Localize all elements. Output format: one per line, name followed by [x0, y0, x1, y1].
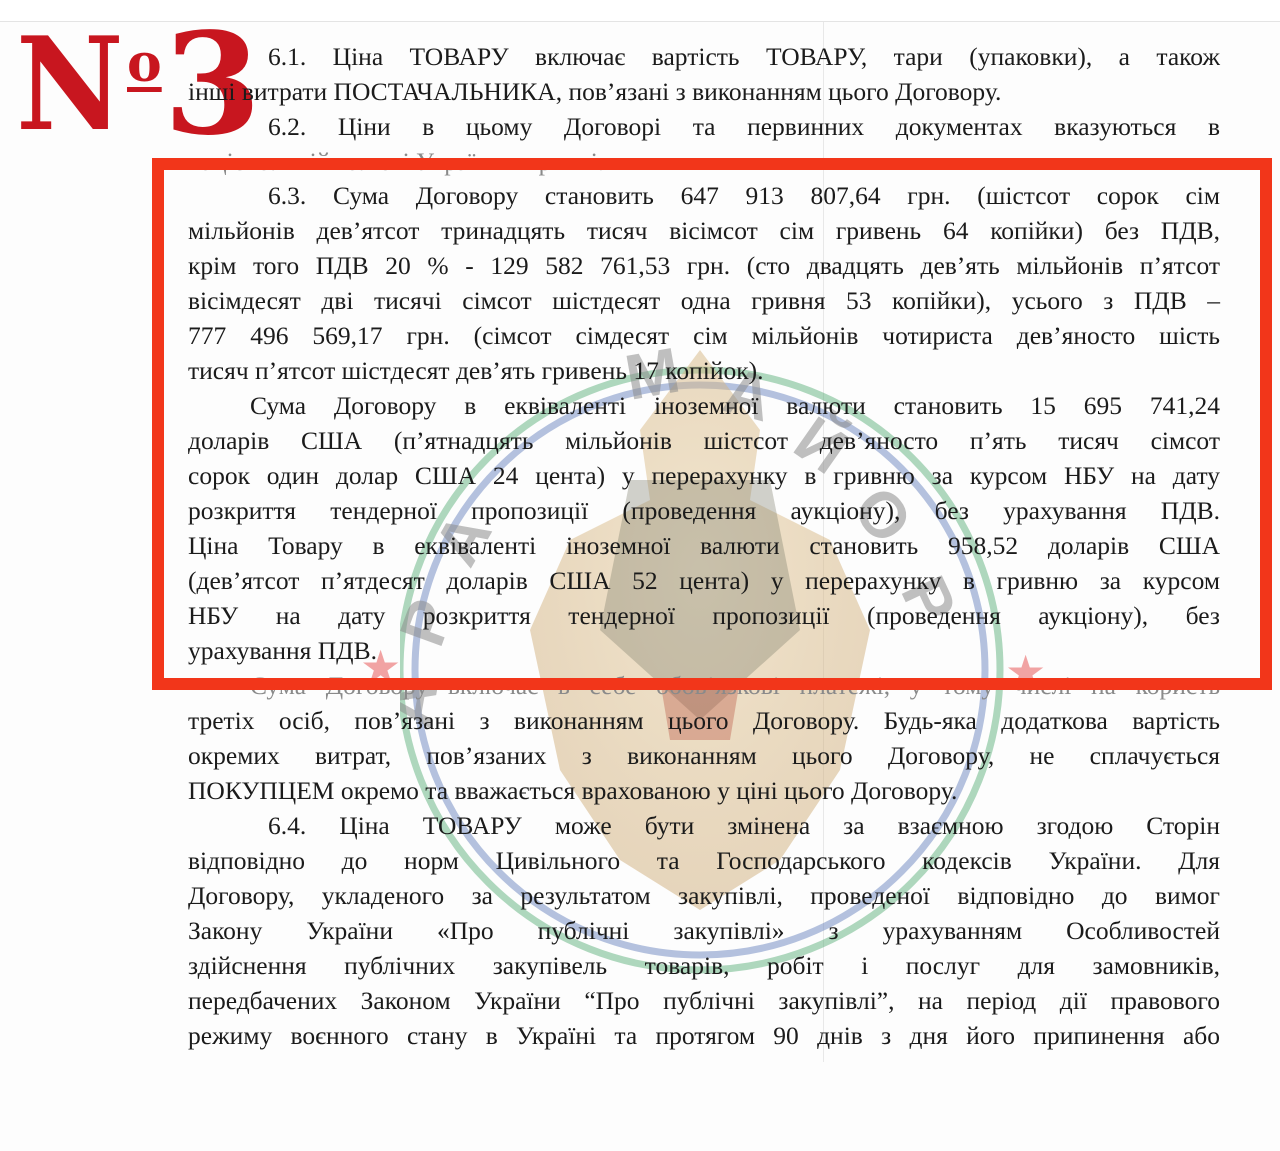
document-line: 6.3. Сума Договору становить 647 913 807…: [268, 181, 1220, 211]
document-line: національній валюті України – гривні.: [188, 147, 1220, 177]
document-line: відповідно до норм Цивільного та Господа…: [188, 846, 1220, 876]
document-line: Сума Договору включає в себе обов’язкові…: [250, 671, 1220, 701]
document-line: 777 496 569,17 грн. (сімсот сімдесят сім…: [188, 321, 1220, 351]
numero-sign: N: [16, 30, 118, 140]
document-line: вісімдесят дві тисячі сімсот шістдесят о…: [188, 286, 1220, 316]
document-line: тисяч п’ятсот шістдесят дев’ять гривень …: [188, 356, 1220, 386]
document-line: Закону України «Про публічні закупівлі» …: [188, 916, 1220, 946]
document-line: окремих витрат, пов’язаних з виконанням …: [188, 741, 1220, 771]
document-line: режиму воєнного стану в Україні та протя…: [188, 1021, 1220, 1051]
document-line: Сума Договору в еквіваленті іноземної ва…: [250, 391, 1220, 421]
document-line: крім того ПДВ 20 % - 129 582 761,53 грн.…: [188, 251, 1220, 281]
document-line: третіх осіб, пов’язані з виконанням цьог…: [188, 706, 1220, 736]
document-line: інші витрати ПОСТАЧАЛЬНИКА, пов’язані з …: [188, 77, 1220, 107]
document-line: розкриття тендерної пропозиції (проведен…: [188, 496, 1220, 526]
document-line: 6.1. Ціна ТОВАРУ включає вартість ТОВАРУ…: [268, 42, 1220, 72]
document-line: урахування ПДВ.: [188, 636, 1220, 666]
document-line: сорок один долар США 24 цента) у перерах…: [188, 461, 1220, 491]
document-line: НБУ на дату розкриття тендерної пропозиц…: [188, 601, 1220, 631]
document-line: Договору, укладеного за результатом заку…: [188, 881, 1220, 911]
document-line: здійснення публічних закупівель товарів,…: [188, 951, 1220, 981]
document-line: 6.2. Ціни в цьому Договорі та первинних …: [268, 112, 1220, 142]
document-line: (дев’ятсот п’ятдесят доларів США 52 цент…: [188, 566, 1220, 596]
document-line: ПОКУПЦЕМ окремо та вважається врахованою…: [188, 776, 1220, 806]
document-line: Ціна Товару в еквіваленті іноземної валю…: [188, 531, 1220, 561]
document-line: доларів США (п’ятнадцять мільйонів шістс…: [188, 426, 1220, 456]
document-line: 6.4. Ціна ТОВАРУ може бути змінена за вз…: [268, 811, 1220, 841]
document-line: мільйонів дев’ятсот тринадцять тисяч віс…: [188, 216, 1220, 246]
document-line: передбачених Законом України “Про публіч…: [188, 986, 1220, 1016]
numero-sign-o: o: [127, 38, 162, 90]
